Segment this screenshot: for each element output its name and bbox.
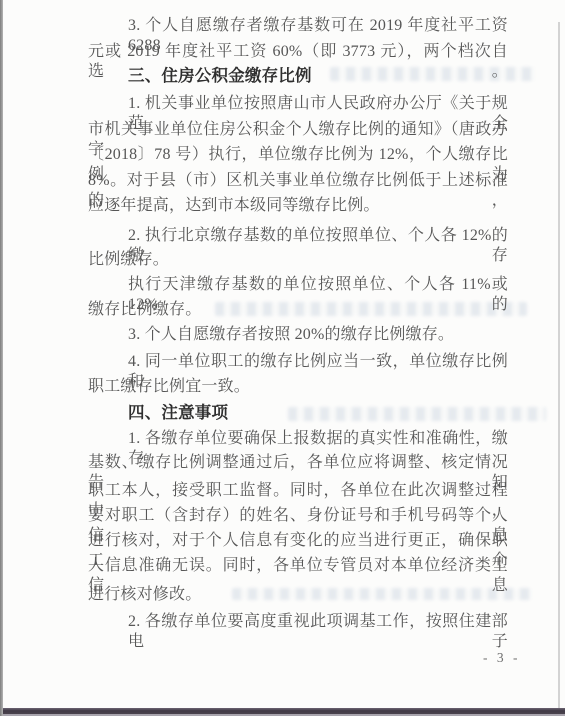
doc-line: 2. 各缴存单位要高度重视此项调基工作，按照住建部电子 <box>88 612 508 652</box>
page-number: - 3 - <box>483 650 521 666</box>
doc-line: 应逐年提高，达到市本级同等缴存比例。 <box>88 196 508 216</box>
document-page: 3. 个人自愿缴存者缴存基数可在 2019 年度社平工资 6288 元或 201… <box>0 0 565 716</box>
doc-line: 缴存比例缴存。 <box>88 300 508 320</box>
doc-line: 比例缴存。 <box>88 250 508 270</box>
doc-line: 职工缴存比例宜一致。 <box>88 377 508 397</box>
section-heading-3: 三、住房公积金缴存比例 <box>88 66 508 86</box>
scan-edge-right <box>558 22 560 710</box>
document-body: 3. 个人自愿缴存者缴存基数可在 2019 年度社平工资 6288 元或 201… <box>88 0 508 716</box>
scan-edge-bottom <box>0 708 565 714</box>
section-heading-4: 四、注意事项 <box>88 403 508 423</box>
doc-line: 3. 个人自愿缴存者按照 20%的缴存比例缴存。 <box>88 325 508 345</box>
scan-edge-left <box>0 0 3 716</box>
doc-line: 进行核对修改。 <box>88 585 508 605</box>
